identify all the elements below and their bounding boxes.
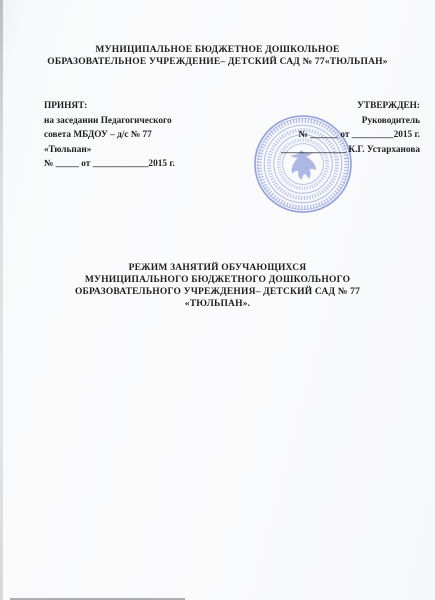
header-line-2: ОБРАЗОВАТЕЛЬНОЕ УЧРЕЖДЕНИЕ– ДЕТСКИЙ САД …: [0, 56, 435, 68]
accepted-line-2: совета МБДОУ – д/с № 77: [44, 128, 175, 143]
stamp-eagle-emblem: [289, 148, 317, 181]
document-header: МУНИЦИПАЛЬНОЕ БЮДЖЕТНОЕ ДОШКОЛЬНОЕ ОБРАЗ…: [0, 44, 435, 68]
document-title-block: РЕЖИМ ЗАНЯТИЙ ОБУЧАЮЩИХСЯ МУНИЦИПАЛЬНОГО…: [0, 262, 435, 310]
accepted-line-1: на заседании Педагогического: [44, 114, 175, 129]
accepted-number-date-line: № _____ от ____________2015 г.: [44, 157, 175, 172]
title-line-2: МУНИЦИПАЛЬНОГО БЮДЖЕТНОГО ДОШКОЛЬНОГО: [0, 274, 435, 286]
scanned-document-page: МУНИЦИПАЛЬНОЕ БЮДЖЕТНОЕ ДОШКОЛЬНОЕ ОБРАЗ…: [0, 0, 435, 600]
title-line-3: ОБРАЗОВАТЕЛЬНОГО УЧРЕЖДЕНИЯ– ДЕТСКИЙ САД…: [0, 286, 435, 298]
title-line-1: РЕЖИМ ЗАНЯТИЙ ОБУЧАЮЩИХСЯ: [0, 262, 435, 274]
accepted-block: ПРИНЯТ: на заседании Педагогического сов…: [44, 99, 175, 172]
title-line-4: «ТЮЛЬПАН».: [0, 298, 435, 310]
round-seal-eagle-stamp-icon: [247, 108, 360, 221]
approved-title: УТВЕРЖДЕН:: [281, 99, 420, 114]
accepted-title: ПРИНЯТ:: [44, 99, 175, 114]
header-line-1: МУНИЦИПАЛЬНОЕ БЮДЖЕТНОЕ ДОШКОЛЬНОЕ: [0, 44, 435, 56]
accepted-line-3: «Тюльпан»: [44, 143, 175, 158]
